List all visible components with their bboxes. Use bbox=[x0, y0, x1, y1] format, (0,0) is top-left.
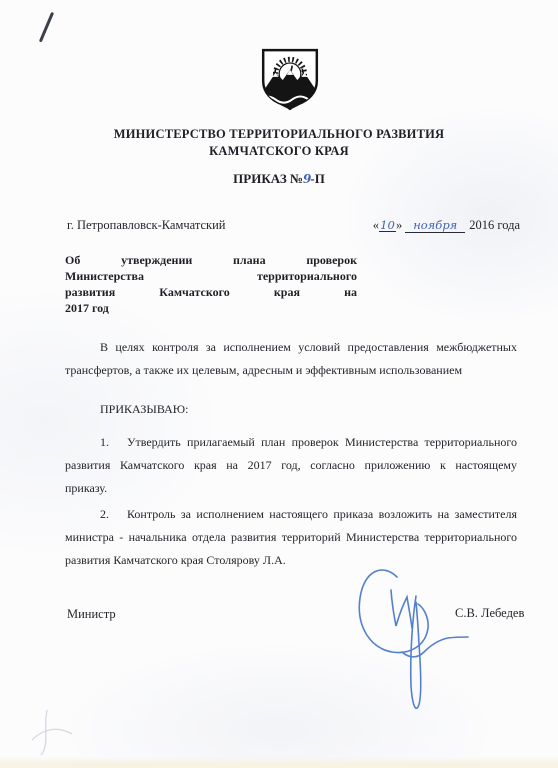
item-line: 2.Контроль за исполнением настоящего при… bbox=[65, 503, 517, 526]
item-line: развития Камчатского края на 2017 год, с… bbox=[65, 454, 517, 477]
minister-signature bbox=[350, 560, 475, 715]
signatory-title: Министр bbox=[67, 607, 116, 622]
ministry-name-line1: МИНИСТЕРСТВО ТЕРРИТОРИАЛЬНОГО РАЗВИТИЯ bbox=[0, 126, 558, 143]
item-line: министра - начальника отдела развития те… bbox=[65, 526, 517, 549]
handwritten-day: 10 bbox=[379, 219, 396, 232]
order-subject: Об утверждении плана проверок Министерст… bbox=[65, 252, 357, 316]
preamble-line: трансфертов, а также их целевым, адресны… bbox=[65, 359, 517, 382]
preamble: В целях контроля за исполнением условий … bbox=[65, 336, 517, 382]
order-title-prefix: ПРИКАЗ № bbox=[233, 171, 303, 186]
kamchatka-coat-of-arms-icon bbox=[257, 47, 323, 113]
signatory-name: С.В. Лебедев bbox=[455, 606, 524, 621]
ministry-name-line2: КАМЧАТСКОГО КРАЯ bbox=[0, 143, 558, 160]
pen-stroke-mark bbox=[39, 12, 54, 42]
item-number: 2. bbox=[100, 507, 109, 521]
item-text: Утвердить прилагаемый план проверок Мини… bbox=[127, 435, 517, 449]
quote-close: » bbox=[396, 218, 402, 232]
item-text: Контроль за исполнением настоящего прика… bbox=[127, 507, 517, 521]
faint-pencil-mark bbox=[20, 698, 84, 762]
preamble-line: В целях контроля за исполнением условий … bbox=[65, 336, 517, 359]
subject-line: Министерства территориального bbox=[65, 268, 357, 284]
scan-edge bbox=[0, 757, 558, 768]
handwritten-month: ноября bbox=[405, 219, 465, 233]
year-label: 2016 года bbox=[469, 218, 520, 232]
order-title-suffix: -П bbox=[310, 171, 324, 186]
ministry-name: МИНИСТЕРСТВО ТЕРРИТОРИАЛЬНОГО РАЗВИТИЯ К… bbox=[0, 126, 558, 160]
subject-line: развития Камчатского края на bbox=[65, 284, 357, 300]
item-line: приказу. bbox=[65, 477, 517, 500]
subject-line: Об утверждении плана проверок bbox=[65, 252, 357, 268]
order-title: ПРИКАЗ №9-П bbox=[0, 171, 558, 187]
order-items: 1.Утвердить прилагаемый план проверок Ми… bbox=[65, 431, 517, 572]
item-line: 1.Утвердить прилагаемый план проверок Ми… bbox=[65, 431, 517, 454]
subject-line: 2017 год bbox=[65, 300, 357, 316]
scanned-order-document: МИНИСТЕРСТВО ТЕРРИТОРИАЛЬНОГО РАЗВИТИЯ К… bbox=[0, 0, 558, 768]
city-label: г. Петропавловск-Камчатский bbox=[67, 218, 226, 233]
order-item-1: 1.Утвердить прилагаемый план проверок Ми… bbox=[65, 431, 517, 501]
item-number: 1. bbox=[100, 435, 109, 449]
resolution-word: ПРИКАЗЫВАЮ: bbox=[100, 402, 188, 417]
date-group: «10»ноября2016 года bbox=[373, 218, 520, 233]
